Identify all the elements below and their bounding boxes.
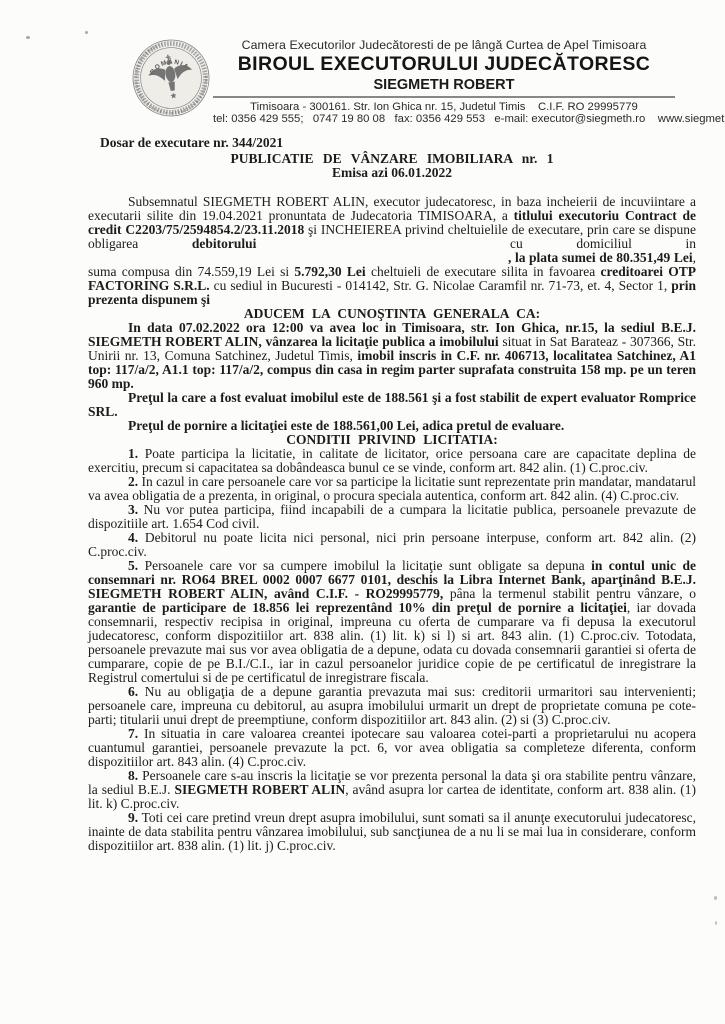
condition-item-3: 3. Nu vor putea participa, fiind incapab… <box>88 503 696 531</box>
office-contact-line: tel: 0356 429 555; 0747 19 80 08 fax: 03… <box>213 113 675 125</box>
office-name: BIROUL EXECUTORULUI JUDECĂTORESC <box>213 53 675 76</box>
text-segment: pâna la termenul stabilit pentru vânzare… <box>443 586 696 601</box>
office-address-line: Timisoara - 300161. Str. Ion Ghica nr. 1… <box>213 101 675 113</box>
text-segment: 7. <box>128 726 138 741</box>
condition-item-5: 5. Persoanele care vor sa cumpere imobil… <box>88 559 696 685</box>
text-segment: Preţul de pornire a licitaţiei este de 1… <box>128 418 564 433</box>
text-segment: 5. <box>128 558 138 573</box>
text-segment: 6. <box>128 684 138 699</box>
paragraph-valuation: Preţul la care a fost evaluat imobilul e… <box>88 391 696 419</box>
text-segment: SIEGMETH ROBERT ALIN <box>174 782 345 797</box>
text-segment: Persoanele care vor sa cumpere imobilul … <box>138 558 591 573</box>
scan-artifact <box>715 921 717 925</box>
text-segment: In situatia in care valoarea creantei ip… <box>88 726 696 769</box>
paragraph-preamble: Subsemnatul SIEGMETH ROBERT ALIN, execut… <box>88 195 696 307</box>
scan-artifact <box>714 896 717 900</box>
text-segment: 1. <box>128 446 138 461</box>
heading-general-notice: ADUCEM LA CUNOŞTINTA GENERALA CA: <box>88 307 696 321</box>
text-segment: 8. <box>128 768 138 783</box>
document-body: Subsemnatul SIEGMETH ROBERT ALIN, execut… <box>88 195 696 853</box>
national-executors-seal-icon: UNIUNEA NAŢIONALĂ A EXECUTORILOR JUDECĂT… <box>131 38 211 118</box>
issue-date-line: Emisa azi 06.01.2022 <box>88 166 696 180</box>
condition-item-2: 2. In cazul in care persoanele care vor … <box>88 475 696 503</box>
paragraph-auction-notice: In data 07.02.2022 ora 12:00 va avea loc… <box>88 321 696 391</box>
condition-item-1: 1. Poate participa la licitatie, in cali… <box>88 447 696 475</box>
condition-item-8: 8. Persoanele care s-au inscris la licit… <box>88 769 696 811</box>
letterhead-text: Camera Executorilor Judecătoresti de pe … <box>213 38 675 125</box>
text-segment: cheltuieli de executare silita in favoar… <box>366 264 601 279</box>
letterhead-divider <box>213 96 675 98</box>
condition-item-7: 7. In situatia in care valoarea creantei… <box>88 727 696 769</box>
condition-item-6: 6. Nu au obligaţia de a depune garantia … <box>88 685 696 727</box>
redacted-text <box>88 261 508 262</box>
heading-auction-conditions: CONDITII PRIVIND LICITATIA: <box>88 433 696 447</box>
text-segment: 2. <box>128 474 138 489</box>
text-segment: 4. <box>128 530 138 545</box>
text-segment: CONDITII PRIVIND LICITATIA: <box>286 432 498 447</box>
text-segment: Toti cei care pretind vreun drept asupra… <box>88 810 696 853</box>
case-number-line: Dosar de executare nr. 344/2021 <box>100 136 696 150</box>
condition-item-9: 9. Toti cei care pretind vreun drept asu… <box>88 811 696 853</box>
text-segment: Debitorul nu poate licita nici personal,… <box>88 530 696 559</box>
text-segment: garantie de participare de 18.856 lei re… <box>88 600 627 615</box>
condition-item-4: 4. Debitorul nu poate licita nici person… <box>88 531 696 559</box>
document-content: Dosar de executare nr. 344/2021 PUBLICAT… <box>88 136 696 853</box>
scan-artifact <box>26 36 30 39</box>
text-segment: , la plata sumei de 80.351,49 Lei <box>508 250 693 265</box>
text-segment: cu sediul in Bucuresti - 014142, Str. G.… <box>210 278 672 293</box>
text-segment: 5.792,30 Lei <box>294 264 365 279</box>
redacted-text <box>256 247 456 248</box>
text-segment: In cazul in care persoanele care vor sa … <box>88 474 696 503</box>
text-segment: cu domiciliul in <box>456 236 696 251</box>
letterhead: UNIUNEA NAŢIONALĂ A EXECUTORILOR JUDECĂT… <box>0 38 725 125</box>
scanned-document-page: UNIUNEA NAŢIONALĂ A EXECUTORILOR JUDECĂT… <box>0 0 725 1024</box>
text-segment: Poate participa la licitatie, in calitat… <box>88 446 696 475</box>
text-segment: ADUCEM LA CUNOŞTINTA GENERALA CA: <box>244 306 540 321</box>
text-segment: debitorului <box>192 236 257 251</box>
document-title: PUBLICATIE DE VÂNZARE IMOBILIARA nr. 1 <box>88 152 696 166</box>
executor-name: SIEGMETH ROBERT <box>213 77 675 93</box>
text-segment: Preţul la care a fost evaluat imobilul e… <box>88 390 696 419</box>
scan-artifact <box>85 31 88 34</box>
paragraph-starting-price: Preţul de pornire a licitaţiei este de 1… <box>88 419 696 433</box>
text-segment: 3. <box>128 502 138 517</box>
chamber-line: Camera Executorilor Judecătoresti de pe … <box>213 38 675 52</box>
text-segment: Nu vor putea participa, fiind incapabili… <box>88 502 696 531</box>
text-segment: 9. <box>128 810 138 825</box>
text-segment: Nu au obligaţia de a depune garantia pre… <box>88 684 696 727</box>
